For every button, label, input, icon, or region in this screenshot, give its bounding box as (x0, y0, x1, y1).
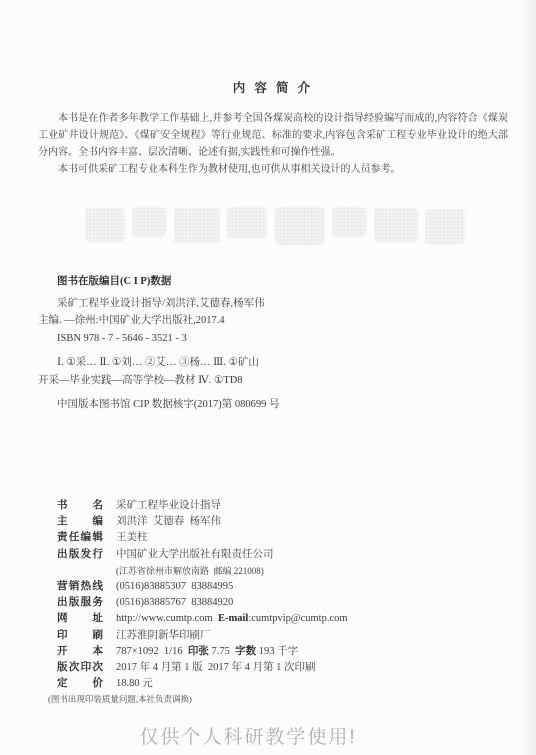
colophon-row: 书名采矿工程毕业设计指导 (57, 498, 507, 514)
colophon-row: 开本787×1092 1/16 印张 7.75 字数 193 千字 (57, 644, 507, 660)
colophon-value: (0516)83885767 83884920 (116, 595, 233, 611)
colophon-row: (江苏省徐州市解放南路 邮编 221008) (57, 563, 507, 579)
colophon-label: 出版服务 (57, 595, 103, 611)
colophon-label: 开本 (57, 644, 103, 660)
colophon-value: 江苏淮阴新华印刷厂 (116, 628, 211, 644)
colophon-label: 出版发行 (57, 547, 103, 563)
watermark-blob (332, 207, 366, 237)
colophon-row: 责任编辑王美柱 (57, 530, 507, 546)
book-copyright-page: 内 容 简 介 本书是在作者多年教学工作基础上,并参考全国各煤炭高校的设计指导经… (0, 0, 536, 755)
colophon-value: 787×1092 1/16 印张 7.75 字数 193 千字 (116, 644, 298, 660)
colophon-label: 印刷 (57, 628, 103, 644)
cip-line-publisher: 主编. —徐州:中国矿业大学出版社,2017.4 (38, 312, 508, 330)
colophon-row: 主编刘洪洋 艾德春 杨军伟 (57, 514, 507, 530)
cip-line-classification-1: Ⅰ. ①采… Ⅱ. ①刘… ②艾… ③杨… Ⅲ. ①矿山 (38, 354, 508, 372)
watermark-blob (425, 209, 465, 245)
colophon-label: 责任编辑 (57, 530, 103, 546)
colophon-value: http://www.cumtp.com E-mail:cumtpvip@cum… (116, 611, 348, 627)
summary-paragraph-1: 本书是在作者多年教学工作基础上,并参考全国各煤炭高校的设计指导经验编写而成的,内… (38, 110, 508, 161)
cip-line-title-authors: 采矿工程毕业设计指导/刘洪洋,艾德春,杨军伟 (38, 295, 508, 313)
quality-note: (图书出现印装质量问题,本社负责调换) (48, 693, 192, 705)
content-summary-section: 内 容 简 介 本书是在作者多年教学工作基础上,并参考全国各煤炭高校的设计指导经… (38, 78, 508, 178)
colophon-label: 版次印次 (57, 660, 103, 676)
colophon-label: 主编 (57, 514, 103, 530)
colophon-label: 书名 (57, 498, 103, 514)
colophon-label: 营销热线 (57, 579, 103, 595)
colophon-value: 王美柱 (116, 530, 148, 546)
colophon-value: (江苏省徐州市解放南路 邮编 221008) (116, 563, 264, 579)
colophon-value: 采矿工程毕业设计指导 (116, 498, 221, 514)
colophon-value: (0516)83885307 83884995 (116, 579, 233, 595)
usage-watermark: 仅供个人科研教学使用! (0, 722, 536, 749)
watermark-blob (174, 208, 220, 244)
illegible-watermark (85, 196, 465, 248)
colophon-row: 印刷江苏淮阴新华印刷厂 (57, 628, 507, 644)
colophon-label: 定价 (57, 676, 103, 692)
summary-paragraph-2: 本书可供采矿工程专业本科生作为教材使用,也可供从事相关设计的人员参考。 (38, 161, 508, 178)
colophon-value: 18.80 元 (116, 676, 153, 692)
colophon-row: 定价18.80 元 (57, 676, 507, 692)
cip-line-classification-2: 开采—毕业实践—高等学校—教材 Ⅳ. ①TD8 (38, 372, 508, 390)
colophon-value: 刘洪洋 艾德春 杨军伟 (116, 514, 221, 530)
colophon-row: 版次印次2017 年 4 月第 1 版 2017 年 4 月第 1 次印刷 (57, 660, 507, 676)
watermark-blob (374, 208, 418, 242)
watermark-blob (227, 207, 267, 239)
colophon-row: 网址http://www.cumtp.com E-mail:cumtpvip@c… (57, 611, 507, 627)
colophon-row: 营销热线(0516)83885307 83884995 (57, 579, 507, 595)
colophon-value: 中国矿业大学出版社有限责任公司 (116, 547, 274, 563)
cip-line-registry-number: 中国版本图书馆 CIP 数据核字(2017)第 080699 号 (38, 396, 508, 414)
colophon-rows: 书名采矿工程毕业设计指导主编刘洪洋 艾德春 杨军伟责任编辑王美柱出版发行中国矿业… (57, 498, 507, 692)
colophon-value: 2017 年 4 月第 1 版 2017 年 4 月第 1 次印刷 (116, 660, 316, 676)
colophon-row: 出版发行中国矿业大学出版社有限责任公司 (57, 547, 507, 563)
cip-data-section: 图书在版编目(C I P)数据 采矿工程毕业设计指导/刘洪洋,艾德春,杨军伟 主… (38, 273, 508, 414)
colophon-label: 网址 (57, 611, 103, 627)
summary-heading: 内 容 简 介 (38, 78, 508, 96)
watermark-blob (85, 208, 125, 242)
cip-heading: 图书在版编目(C I P)数据 (38, 273, 508, 291)
watermark-blob (275, 207, 325, 245)
page-edge-shadow (522, 0, 536, 755)
colophon-row: 出版服务(0516)83885767 83884920 (57, 595, 507, 611)
cip-line-isbn: ISBN 978 - 7 - 5646 - 3521 - 3 (38, 330, 508, 348)
watermark-blob (132, 207, 166, 237)
